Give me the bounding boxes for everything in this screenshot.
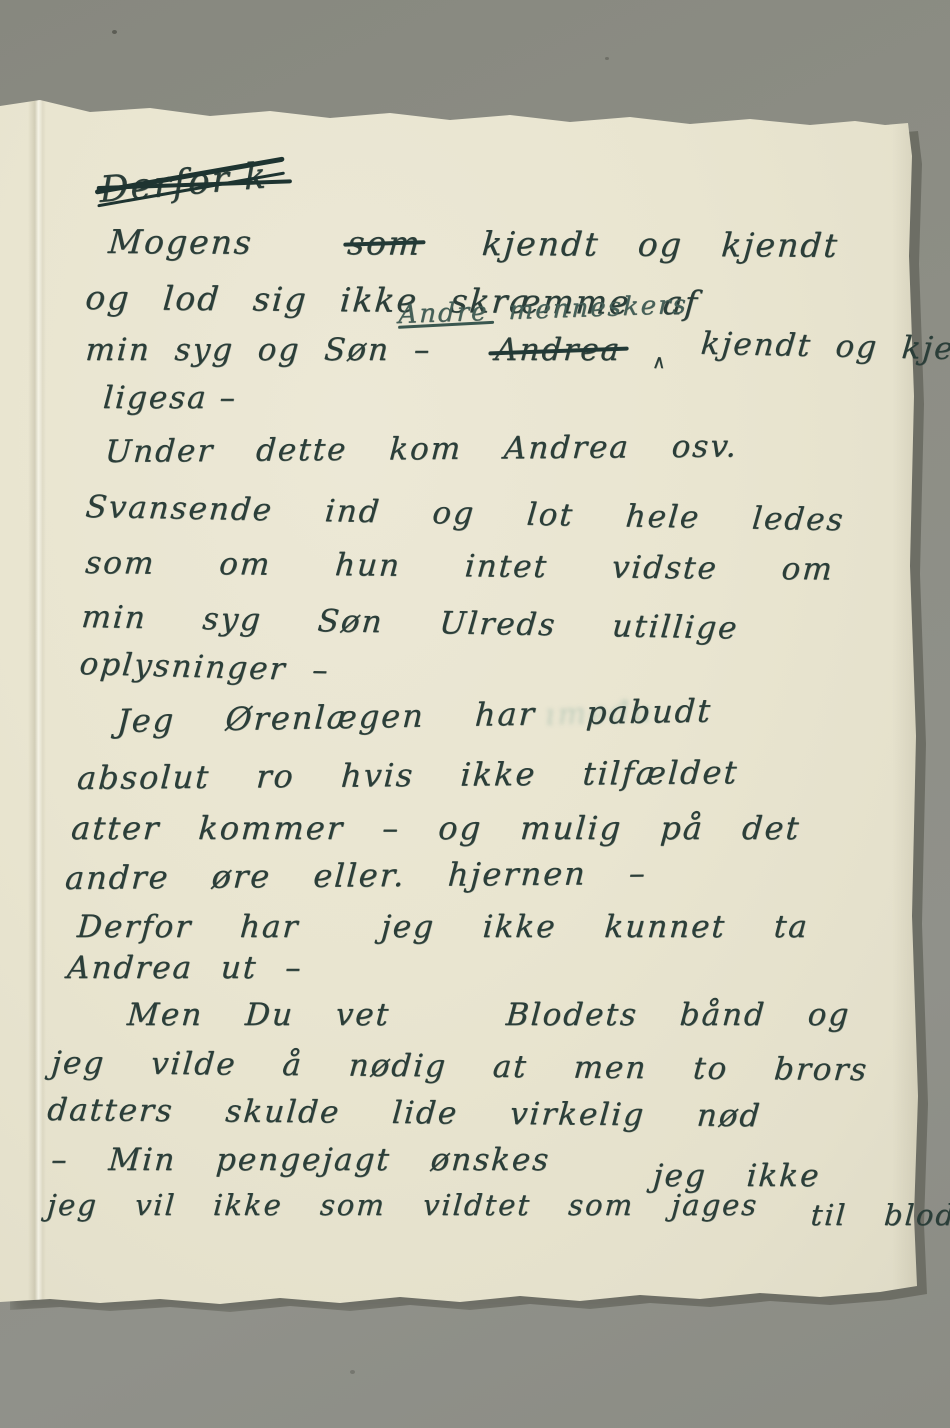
text-line: datters skulde lide virkelig nød xyxy=(46,1092,763,1134)
text-segment: jeg ikke kunnet ta xyxy=(380,909,810,945)
struck-text: som xyxy=(346,223,423,262)
text-segment: – Min pengejagt ønskes xyxy=(50,1142,552,1178)
text-line: som om hun intet vidste om xyxy=(84,545,835,588)
text-segment: min syg Søn Ulreds utillige xyxy=(80,599,740,646)
insertion-caret: ∧ xyxy=(651,352,666,373)
text-segment: til blods xyxy=(810,1198,950,1232)
text-line: min syg Søn Ulreds utillige xyxy=(80,599,740,646)
text-line: ligesa – xyxy=(102,380,238,416)
struck-text: Andrea xyxy=(494,332,622,368)
text-line: min syg og Søn – Andrea ∧ kjendt og kjen… xyxy=(84,332,950,373)
text-segment: kjendt og kjendt xyxy=(699,326,950,369)
text-segment: kjendt og kjendt xyxy=(481,224,841,265)
text-segment: Andrea ut – xyxy=(66,950,304,986)
photo-background: ımeđu Derfor k Mogens som kjendt og kjen… xyxy=(0,0,950,1428)
text-line: Derfor har jeg ikke kunnet ta xyxy=(76,909,810,945)
text-segment: som om hun intet vidste om xyxy=(84,545,835,588)
text-line: andre øre eller. hjernen – xyxy=(64,854,648,897)
text-segment: atter kommer – og mulig på det xyxy=(70,809,802,847)
text-segment: Mogens xyxy=(107,222,254,262)
text-segment: Jeg Ørenlægen har pabudt xyxy=(116,692,713,740)
text-line: – Min pengejagt ønskes jeg ikke xyxy=(50,1142,823,1178)
text-segment: Svansende ind og lot hele ledes xyxy=(84,489,846,538)
text-segment: datters skulde lide virkelig nød xyxy=(46,1092,763,1134)
text-line: Mogens som kjendt og kjendt xyxy=(107,222,840,265)
text-segment: Under dette kom Andrea osv. xyxy=(104,428,739,470)
text-segment: jeg vilde å nødig at men to brors xyxy=(50,1045,870,1088)
struck-text: Derfor k xyxy=(99,155,268,211)
text-segment: andre øre eller. hjernen – xyxy=(64,854,648,897)
text-line: Derfor k xyxy=(99,155,268,211)
text-line: atter kommer – og mulig på det xyxy=(70,809,802,847)
text-segment: min syg og Søn – xyxy=(84,332,432,368)
text-segment: Men Du vet xyxy=(126,997,391,1033)
text-segment: Blodets bånd og xyxy=(505,997,852,1033)
text-line: Men Du vet Blodets bånd og xyxy=(126,997,852,1033)
handwritten-text-layer: Derfor k Mogens som kjendt og kjendt og … xyxy=(0,0,950,1428)
text-line: Andrea ut – xyxy=(66,950,304,986)
text-line: jeg vil ikke som vildtet som jages til b… xyxy=(46,1188,950,1222)
text-segment: ligesa – xyxy=(102,380,238,416)
text-segment: absolut ro hvis ikke tilfældet xyxy=(76,753,740,797)
text-line: jeg vilde å nødig at men to brors xyxy=(50,1045,870,1088)
text-line: oplysninger – xyxy=(78,646,331,688)
text-line: Jeg Ørenlægen har pabudt xyxy=(116,692,713,740)
text-line: Under dette kom Andrea osv. xyxy=(104,428,739,470)
text-segment: Derfor har xyxy=(76,909,301,945)
text-segment: jeg vil ikke som vildtet som jages xyxy=(46,1188,759,1222)
text-segment: oplysninger – xyxy=(78,646,331,688)
text-line: absolut ro hvis ikke tilfældet xyxy=(76,753,740,797)
text-line: Svansende ind og lot hele ledes xyxy=(84,489,846,538)
